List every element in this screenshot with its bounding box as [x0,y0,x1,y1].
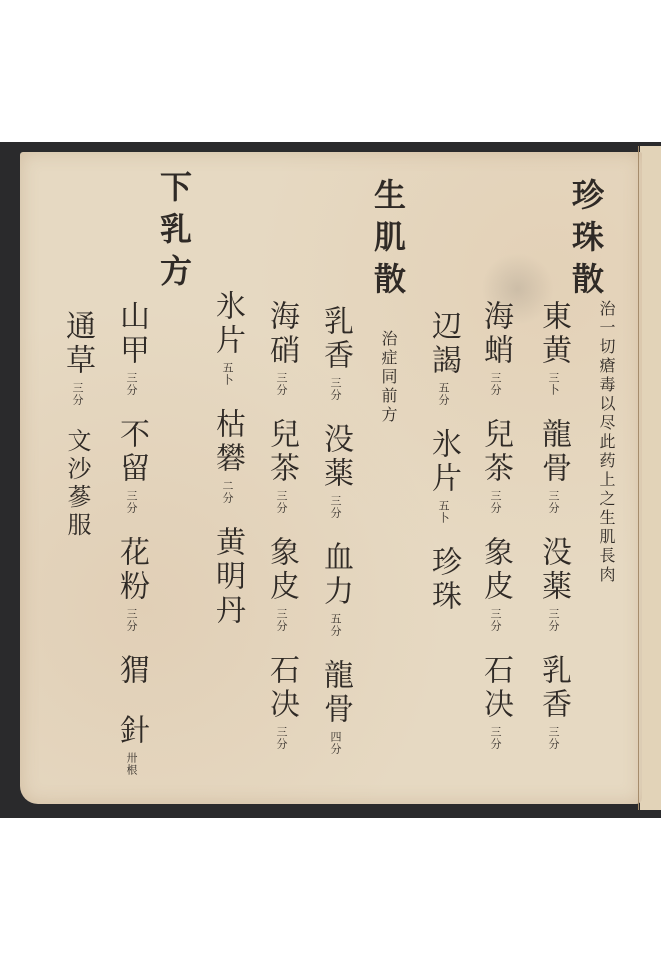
herb-qty: 三分 [276,608,287,632]
recipe-indication-shengji: 治症同前方 [380,330,396,425]
herb-qty: 五卜 [438,500,449,524]
herb-qty: 三分 [490,372,501,396]
herb-name: 乳香 [320,305,350,373]
herb-column: 氷片五卜枯礬二分黄明丹 [212,290,242,654]
herb-name: 不留 [116,418,146,486]
herb-name: 没薬 [320,423,350,491]
herb-column: 辺謁五分氷片五卜珍珠 [428,310,458,640]
herb-name: 石决 [266,654,296,722]
herb-name: 辺謁 [428,310,458,378]
herb-name: 氷片 [212,290,242,358]
herb-qty: 三分 [126,372,137,396]
herb-name: 龍骨 [320,659,350,727]
herb-name: 氷片 [428,428,458,496]
herb-name: 猬 [116,654,146,688]
herb-qty: 三分 [490,608,501,632]
herb-qty: 三分 [276,490,287,514]
herb-name: 東黄 [538,300,568,368]
herb-qty: 三分 [548,726,559,750]
recipe-title-xiaru: 下乳方 [158,170,190,296]
herb-column: 海硝三分兒茶三分象皮三分石决三分 [266,300,296,772]
herb-name: 文沙蔘服 [65,428,89,540]
herb-name: 象皮 [480,536,510,604]
herb-name: 兒茶 [480,418,510,486]
herb-column: 海蛸三分兒茶三分象皮三分石决三分 [480,300,510,772]
herb-name: 龍骨 [538,418,568,486]
herb-qty: 卅根 [126,752,137,776]
herb-qty: 三分 [126,608,137,632]
herb-name: 海硝 [266,300,296,368]
herb-name: 象皮 [266,536,296,604]
herb-qty: 二分 [222,480,233,504]
herb-qty: 四分 [330,731,341,755]
herb-column: 東黄三卜龍骨三分没薬三分乳香三分 [538,300,568,772]
herb-column: 山甲三分不留三分花粉三分猬針卅根 [116,300,146,798]
page-fold [638,146,639,810]
herb-qty: 三分 [72,382,83,406]
next-page-edge [640,146,661,810]
herb-qty: 三分 [276,372,287,396]
herb-qty: 五分 [330,613,341,637]
herb-name: 山甲 [116,300,146,368]
herb-name: 兒茶 [266,418,296,486]
herb-column: 乳香三分没薬三分血力五分龍骨四分 [320,305,350,777]
herb-column: 通草三分文沙蔘服 [62,310,92,566]
herb-name: 没薬 [538,536,568,604]
herb-name: 花粉 [116,536,146,604]
herb-qty: 五卜 [222,362,233,386]
recipe-title-zhenzhu: 珍珠散 [570,178,602,304]
recipe-indication-zhenzhu: 治一切瘡毒以尽此药上之生肌長肉 [598,300,614,585]
herb-name: 珍珠 [428,546,458,614]
herb-qty: 五分 [438,382,449,406]
herb-name: 枯礬 [212,408,242,476]
herb-qty: 三分 [548,608,559,632]
herb-qty: 三分 [276,726,287,750]
herb-qty: 三卜 [548,372,559,396]
herb-qty: 三分 [548,490,559,514]
herb-name: 血力 [320,541,350,609]
herb-qty: 三分 [330,377,341,401]
herb-name: 乳香 [538,654,568,722]
herb-name: 黄明丹 [212,526,242,628]
recipe-title-shengji: 生肌散 [372,178,404,304]
herb-qty: 三分 [126,490,137,514]
herb-qty: 三分 [490,726,501,750]
herb-qty: 三分 [330,495,341,519]
herb-qty: 三分 [490,490,501,514]
herb-name: 石决 [480,654,510,722]
herb-name: 海蛸 [480,300,510,368]
herb-name: 針 [116,714,146,748]
herb-name: 通草 [62,310,92,378]
